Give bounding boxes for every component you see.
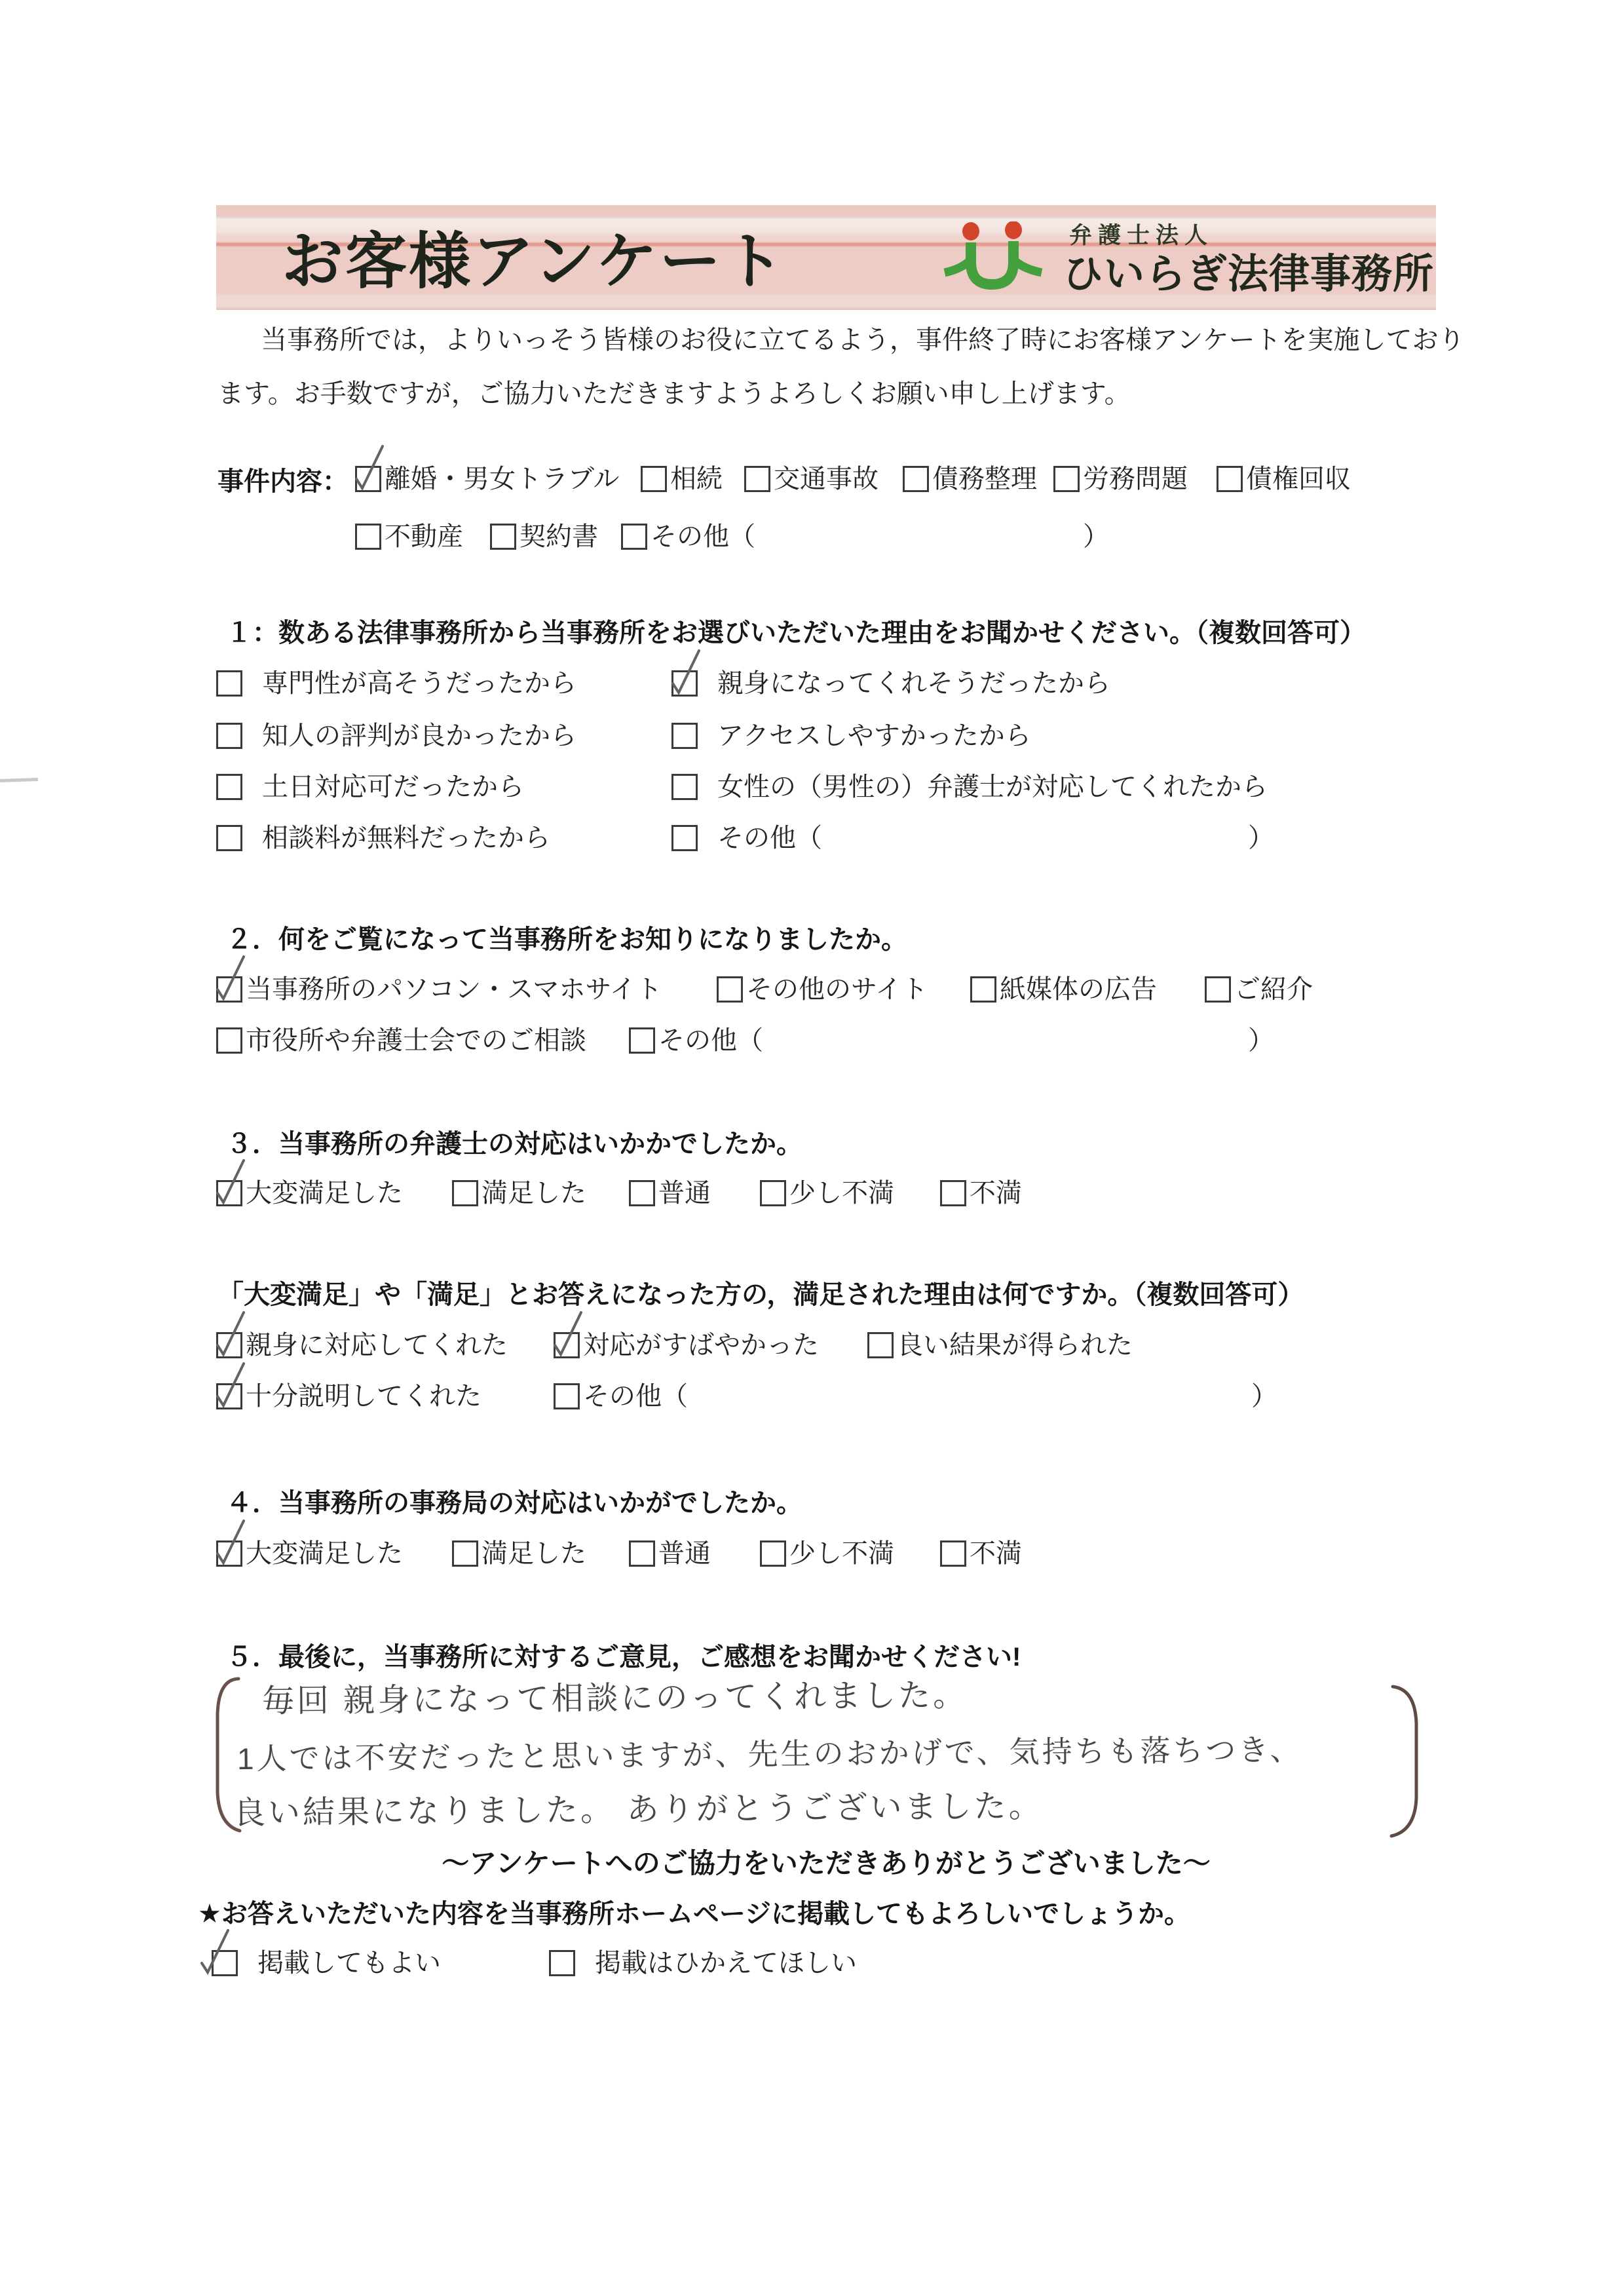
option-label: 相談料が無料だったから xyxy=(262,823,550,853)
q1-heading: １：数ある法律事務所から当事務所をお選びいただいた理由をお聞かせください。（複数… xyxy=(226,618,1366,648)
checkbox xyxy=(744,466,770,492)
paren-close: ） xyxy=(1251,1381,1277,1411)
checkbox xyxy=(452,1540,478,1567)
checkbox xyxy=(216,1027,242,1054)
option-label: 交通事故 xyxy=(774,464,878,494)
q2-option-office-website: 当事務所のパソコン・スマホサイト xyxy=(216,974,662,1004)
option-label: 満足した xyxy=(482,1539,586,1569)
case-type-option-divorce-gender-trouble: 離婚・男女トラブル xyxy=(355,464,619,494)
option-label: 少し不満 xyxy=(789,1539,894,1569)
checkbox xyxy=(621,524,647,550)
intro-line-2: ます。お手数ですが，ご協力いただきますようよろしくお願い申し上げます。 xyxy=(217,379,1131,409)
firm-logo-icon xyxy=(938,221,1049,300)
option-label: 掲載はひかえてほしい xyxy=(595,1948,857,1978)
q1-option-free-consultation: 相談料が無料だったから xyxy=(216,823,550,853)
option-label: 債権回収 xyxy=(1246,464,1351,494)
option-label: 当事務所のパソコン・スマホサイト xyxy=(246,974,662,1004)
option-label: 土日対応可だったから xyxy=(262,772,524,802)
q2-option-other-site: その他のサイト xyxy=(717,974,928,1004)
checkbox xyxy=(671,774,698,800)
q5-heading: ５．最後に，当事務所に対するご意見，ご感想をお聞かせください! xyxy=(226,1642,1021,1672)
option-label: 相続 xyxy=(670,464,723,494)
case-type-option-inheritance: 相続 xyxy=(641,464,723,494)
blank-space xyxy=(763,1025,1248,1026)
q3-reason-option-quick-response: 対応がすばやかった xyxy=(554,1330,819,1360)
handwritten-comment-line-1: 毎回 親身になって相談にのってくれました。 xyxy=(262,1678,968,1719)
q2-heading: ２．何をご覧になって当事務所をお知りになりましたか。 xyxy=(226,925,907,955)
scan-artifact-dash xyxy=(0,778,38,782)
q3-reason-option-empathetic-response: 親身に対応してくれた xyxy=(216,1330,508,1360)
checkbox xyxy=(216,723,242,749)
option-label: 普通 xyxy=(658,1539,711,1569)
case-type-label: 事件内容： xyxy=(217,467,349,497)
q3-option-neutral: 普通 xyxy=(629,1178,711,1208)
q2-option-referral: ご紹介 xyxy=(1205,974,1313,1004)
option-label: 離婚・男女トラブル xyxy=(385,464,619,494)
checkbox xyxy=(903,466,929,492)
blank-space xyxy=(755,522,1083,522)
checkbox xyxy=(760,1180,786,1206)
q1-option-empathetic: 親身になってくれそうだったから xyxy=(671,668,1110,698)
checkbox xyxy=(452,1180,478,1206)
q2-option-city-hall-bar-consult: 市役所や弁護士会でのご相談 xyxy=(216,1025,586,1056)
q3-reason-option-other: その他（ ） xyxy=(554,1381,1277,1411)
q3-reason-heading: 「大変満足」や「満足」とお答えになった方の，満足された理由は何ですか。（複数回答… xyxy=(217,1280,1304,1310)
checkbox xyxy=(216,774,242,800)
checkbox xyxy=(554,1383,580,1409)
paren-close: ） xyxy=(1248,823,1274,853)
check-mark-icon xyxy=(197,1925,233,1980)
checkbox xyxy=(629,1027,655,1054)
option-label: アクセスしやすかったから xyxy=(717,721,1031,751)
q2-option-other: その他（ ） xyxy=(629,1025,1274,1056)
option-label: 大変満足した xyxy=(246,1178,403,1208)
check-mark-icon xyxy=(212,1358,249,1413)
option-label: 知人の評判が良かったから xyxy=(262,721,576,751)
logo-firm-name: ひいらぎ法律事務所 xyxy=(1063,254,1434,295)
case-type-option-debt-collection: 債権回収 xyxy=(1217,464,1351,494)
q3-option-dissatisfied: 不満 xyxy=(940,1178,1022,1208)
option-label: その他（ xyxy=(658,1025,763,1056)
check-mark-icon xyxy=(212,1516,249,1571)
q3-reason-option-good-result: 良い結果が得られた xyxy=(867,1330,1133,1360)
handwritten-comment-line-3: 良い結果になりました。 ありがとうございました。 xyxy=(233,1789,1044,1832)
publish-option-decline: 掲載はひかえてほしい xyxy=(549,1948,857,1978)
option-label: 紙媒体の広告 xyxy=(1000,974,1157,1004)
q1-option-easy-access: アクセスしやすかったから xyxy=(671,721,1031,751)
intro-line-1: 当事務所では，よりいっそう皆様のお役に立てるよう，事件終了時にお客様アンケートを… xyxy=(261,325,1465,355)
case-type-option-contract: 契約書 xyxy=(490,522,598,552)
q4-option-neutral: 普通 xyxy=(629,1539,711,1569)
paren-close: ） xyxy=(1083,522,1109,552)
q3-option-slightly-dissatisfied: 少し不満 xyxy=(760,1178,894,1208)
option-label: その他（ xyxy=(651,522,755,552)
checkbox xyxy=(355,466,381,492)
checkbox xyxy=(867,1332,894,1358)
option-label: 掲載してもよい xyxy=(257,1948,441,1978)
checkbox xyxy=(970,976,996,1003)
checkbox xyxy=(940,1540,966,1567)
q4-option-slightly-dissatisfied: 少し不満 xyxy=(760,1539,894,1569)
checkbox xyxy=(549,1950,575,1976)
option-label: 労務問題 xyxy=(1083,464,1188,494)
checkbox xyxy=(760,1540,786,1567)
logo-org-type: 弁護士法人 xyxy=(1069,224,1213,247)
q4-heading: ４．当事務所の事務局の対応はいかがでしたか。 xyxy=(226,1488,803,1518)
option-label: 少し不満 xyxy=(789,1178,894,1208)
option-label: 女性の（男性の）弁護士が対応してくれたから xyxy=(717,772,1268,802)
option-label: 親身になってくれそうだったから xyxy=(717,668,1110,698)
paren-close: ） xyxy=(1248,1025,1274,1056)
scanned-survey-page: お客様アンケート 弁護士法人 ひいらぎ法律事務所 当事務所では，よりいっそう皆様… xyxy=(0,0,1624,2296)
checkbox xyxy=(216,1383,242,1409)
q3-option-satisfied: 満足した xyxy=(452,1178,586,1208)
handwritten-close-bracket xyxy=(1388,1683,1426,1841)
checkbox xyxy=(641,466,667,492)
option-label: 不満 xyxy=(970,1178,1022,1208)
blank-space xyxy=(822,823,1248,824)
option-label: 不満 xyxy=(970,1539,1022,1569)
q3-option-very-satisfied: 大変満足した xyxy=(216,1178,403,1208)
checkbox xyxy=(554,1332,580,1358)
option-label: 市役所や弁護士会でのご相談 xyxy=(246,1025,586,1056)
checkbox xyxy=(1217,466,1243,492)
checkbox xyxy=(355,524,381,550)
option-label: 良い結果が得られた xyxy=(897,1330,1133,1360)
check-mark-icon xyxy=(212,951,249,1006)
q4-option-very-satisfied: 大変満足した xyxy=(216,1539,403,1569)
option-label: その他（ xyxy=(583,1381,688,1411)
check-mark-icon xyxy=(212,1155,249,1210)
q1-option-weekend-available: 土日対応可だったから xyxy=(216,772,524,802)
checkbox xyxy=(490,524,516,550)
option-label: 十分説明してくれた xyxy=(246,1381,482,1411)
option-label: 債務整理 xyxy=(932,464,1037,494)
option-label: 対応がすばやかった xyxy=(583,1330,819,1360)
publish-option-allow: 掲載してもよい xyxy=(212,1948,441,1978)
option-label: ご紹介 xyxy=(1234,974,1313,1004)
q3-heading: ３．当事務所の弁護士の対応はいかかでしたか。 xyxy=(226,1129,803,1159)
checkbox xyxy=(671,670,698,697)
checkbox xyxy=(1053,466,1080,492)
q1-option-other: その他（ ） xyxy=(671,823,1274,853)
case-type-option-debt-consolidation: 債務整理 xyxy=(903,464,1037,494)
checkbox xyxy=(629,1540,655,1567)
option-label: その他（ xyxy=(717,823,822,853)
check-mark-icon xyxy=(668,645,704,700)
option-label: 大変満足した xyxy=(246,1539,403,1569)
checkbox xyxy=(1205,976,1231,1003)
checkbox xyxy=(671,825,698,851)
blank-space xyxy=(688,1381,1251,1382)
q1-option-high-expertise: 専門性が高そうだったから xyxy=(216,668,576,698)
q1-option-acquaintance-reputation: 知人の評判が良かったから xyxy=(216,721,576,751)
handwritten-comment-line-2: 1人では不安だったと思いますが、先生のおかげで、気持ちも落ちつき、 xyxy=(237,1733,1303,1776)
checkbox xyxy=(216,976,242,1003)
q2-option-print-ad: 紙媒体の広告 xyxy=(970,974,1157,1004)
option-label: 満足した xyxy=(482,1178,586,1208)
q3-reason-option-sufficient-explanation: 十分説明してくれた xyxy=(216,1381,482,1411)
publish-heading: ★お答えいただいた内容を当事務所ホームページに掲載してもよろしいでしょうか。 xyxy=(198,1899,1190,1929)
case-type-option-labor-issue: 労務問題 xyxy=(1053,464,1188,494)
check-mark-icon xyxy=(550,1307,586,1362)
check-mark-icon xyxy=(212,1307,249,1362)
q4-option-dissatisfied: 不満 xyxy=(940,1539,1022,1569)
option-label: 専門性が高そうだったから xyxy=(262,668,576,698)
option-label: 契約書 xyxy=(519,522,598,552)
check-mark-icon xyxy=(351,441,388,496)
checkbox xyxy=(216,1180,242,1206)
page-title: お客様アンケート xyxy=(282,231,786,292)
checkbox xyxy=(216,1540,242,1567)
option-label: その他のサイト xyxy=(746,974,928,1004)
checkbox xyxy=(629,1180,655,1206)
case-type-option-traffic-accident: 交通事故 xyxy=(744,464,878,494)
closing-note: ～アンケートへのご協力をいただきありがとうございました～ xyxy=(216,1848,1436,1879)
q4-option-satisfied: 満足した xyxy=(452,1539,586,1569)
checkbox xyxy=(940,1180,966,1206)
option-label: 普通 xyxy=(658,1178,711,1208)
checkbox xyxy=(671,723,698,749)
option-label: 不動産 xyxy=(385,522,463,552)
case-type-option-other: その他（ ） xyxy=(621,522,1109,552)
checkbox xyxy=(216,670,242,697)
option-label: 親身に対応してくれた xyxy=(246,1330,508,1360)
case-type-option-real-estate: 不動産 xyxy=(355,522,463,552)
checkbox xyxy=(216,825,242,851)
q1-option-female-male-lawyer: 女性の（男性の）弁護士が対応してくれたから xyxy=(671,772,1268,802)
checkbox xyxy=(717,976,743,1003)
checkbox xyxy=(212,1950,238,1976)
checkbox xyxy=(216,1332,242,1358)
